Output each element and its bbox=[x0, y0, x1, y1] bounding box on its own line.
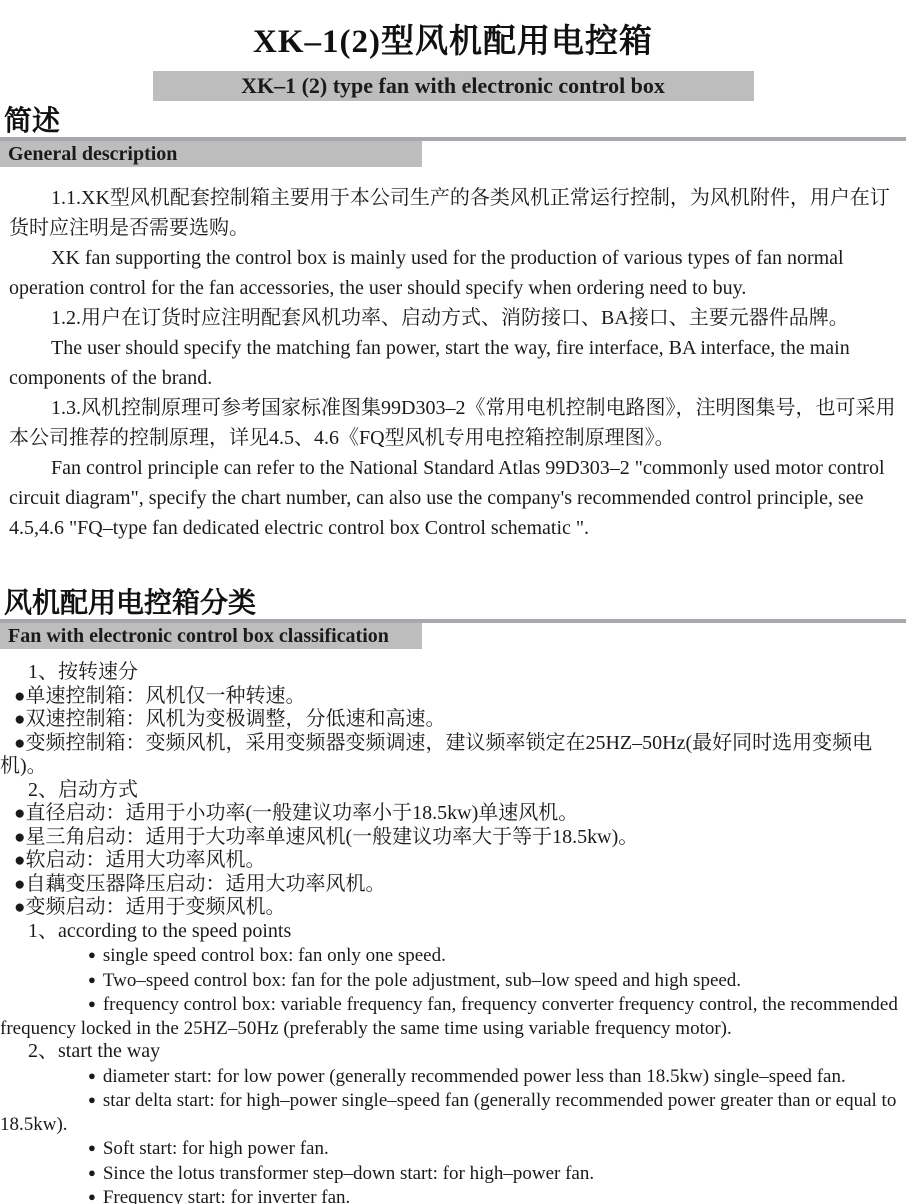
list-item-text: 星三角启动：适用于大功率单速风机(一般建议功率大于等于18.5kw)。 bbox=[25, 826, 638, 848]
list-item-text: Since the lotus transformer step–down st… bbox=[103, 1163, 594, 1184]
bullet-icon: ● bbox=[14, 709, 25, 730]
classification-list: 1、按转速分 ●单速控制箱：风机仅一种转速。 ●双速控制箱：风机为变极调整，分低… bbox=[0, 661, 900, 1204]
general-paragraphs: 1.1.XK型风机配套控制箱主要用于本公司生产的各类风机正常运行控制，为风机附件… bbox=[9, 183, 897, 543]
bullet-icon: ● bbox=[88, 1092, 96, 1107]
bullet-icon: ● bbox=[88, 1165, 96, 1180]
bullet-icon: ● bbox=[88, 1189, 96, 1204]
bullet-icon: ● bbox=[14, 874, 25, 895]
paragraph: 1.3.风机控制原理可参考国家标准图集99D303–2《常用电机控制电路图》，注… bbox=[9, 393, 897, 453]
doc-title: XK–1(2)型风机配用电控箱 bbox=[0, 22, 906, 62]
bullet-icon: ● bbox=[88, 972, 96, 987]
list-item: 2、启动方式 bbox=[0, 779, 900, 803]
list-item-text: 变频控制箱：变频风机，采用变频器变频调速，建议频率锁定在25HZ–50Hz(最好… bbox=[0, 732, 872, 778]
section-heading-classification: 风机配用电控箱分类 bbox=[4, 589, 906, 619]
list-item-text: Two–speed control box: fan for the pole … bbox=[103, 970, 741, 991]
list-item: ●变频控制箱：变频风机，采用变频器变频调速，建议频率锁定在25HZ–50Hz(最… bbox=[0, 732, 900, 779]
list-item: ●diameter start: for low power (generall… bbox=[0, 1064, 900, 1089]
list-item: ●frequency control box: variable frequen… bbox=[0, 992, 900, 1040]
list-item-text: diameter start: for low power (generally… bbox=[103, 1066, 846, 1087]
list-item-text: 双速控制箱：风机为变极调整，分低速和高速。 bbox=[25, 708, 445, 730]
paragraph: 1.2.用户在订货时应注明配套风机功率、启动方式、消防接口、BA接口、主要元器件… bbox=[9, 303, 897, 333]
paragraph: The user should specify the matching fan… bbox=[9, 333, 897, 393]
list-item-text: 直径启动：适用于小功率(一般建议功率小于18.5kw)单速风机。 bbox=[25, 802, 578, 824]
list-item: ●Frequency start: for inverter fan. bbox=[0, 1185, 900, 1204]
paragraph: 1.1.XK型风机配套控制箱主要用于本公司生产的各类风机正常运行控制，为风机附件… bbox=[9, 183, 897, 243]
list-item-text: single speed control box: fan only one s… bbox=[103, 945, 446, 966]
list-item: 1、按转速分 bbox=[0, 661, 900, 685]
section-banner-general: General description bbox=[0, 141, 422, 167]
bullet-icon: ● bbox=[14, 827, 25, 848]
list-item-text: Soft start: for high power fan. bbox=[103, 1138, 329, 1159]
list-item: 2、start the way bbox=[0, 1040, 900, 1064]
list-item: ●直径启动：适用于小功率(一般建议功率小于18.5kw)单速风机。 bbox=[0, 802, 900, 826]
section-banner-classification: Fan with electronic control box classifi… bbox=[0, 623, 422, 649]
list-item: ●star delta start: for high–power single… bbox=[0, 1088, 900, 1136]
list-item-text: frequency control box: variable frequenc… bbox=[0, 994, 898, 1039]
paragraph: Fan control principle can refer to the N… bbox=[9, 453, 897, 543]
list-item-text: Frequency start: for inverter fan. bbox=[103, 1187, 350, 1204]
list-item-text: 软启动：适用大功率风机。 bbox=[25, 849, 265, 871]
bullet-icon: ● bbox=[14, 897, 25, 918]
list-item: ●星三角启动：适用于大功率单速风机(一般建议功率大于等于18.5kw)。 bbox=[0, 826, 900, 850]
list-item-text: 变频启动：适用于变频风机。 bbox=[25, 896, 285, 918]
list-item: ●Two–speed control box: fan for the pole… bbox=[0, 968, 900, 993]
bullet-icon: ● bbox=[14, 803, 25, 824]
bullet-icon: ● bbox=[14, 850, 25, 871]
list-item-text: 单速控制箱：风机仅一种转速。 bbox=[25, 685, 305, 707]
list-item: ●变频启动：适用于变频风机。 bbox=[0, 896, 900, 920]
list-item: ●双速控制箱：风机为变极调整，分低速和高速。 bbox=[0, 708, 900, 732]
list-item-text: star delta start: for high–power single–… bbox=[0, 1090, 896, 1135]
document-page: XK–1(2)型风机配用电控箱 XK–1 (2) type fan with e… bbox=[0, 22, 906, 1204]
list-item: ●软启动：适用大功率风机。 bbox=[0, 849, 900, 873]
list-item: ●single speed control box: fan only one … bbox=[0, 943, 900, 968]
list-item: ●自藕变压器降压启动：适用大功率风机。 bbox=[0, 873, 900, 897]
subtitle-banner: XK–1 (2) type fan with electronic contro… bbox=[153, 71, 754, 101]
list-item-text: 自藕变压器降压启动：适用大功率风机。 bbox=[25, 873, 385, 895]
paragraph: XK fan supporting the control box is mai… bbox=[9, 243, 897, 303]
list-item: 1、according to the speed points bbox=[0, 920, 900, 944]
bullet-icon: ● bbox=[88, 947, 96, 962]
bullet-icon: ● bbox=[14, 733, 25, 754]
list-item: ●单速控制箱：风机仅一种转速。 bbox=[0, 685, 900, 709]
bullet-icon: ● bbox=[14, 686, 25, 707]
bullet-icon: ● bbox=[88, 1140, 96, 1155]
list-item: ●Soft start: for high power fan. bbox=[0, 1136, 900, 1161]
bullet-icon: ● bbox=[88, 996, 96, 1011]
list-item: ●Since the lotus transformer step–down s… bbox=[0, 1161, 900, 1186]
bullet-icon: ● bbox=[88, 1068, 96, 1083]
section-heading-general: 简述 bbox=[4, 107, 906, 137]
